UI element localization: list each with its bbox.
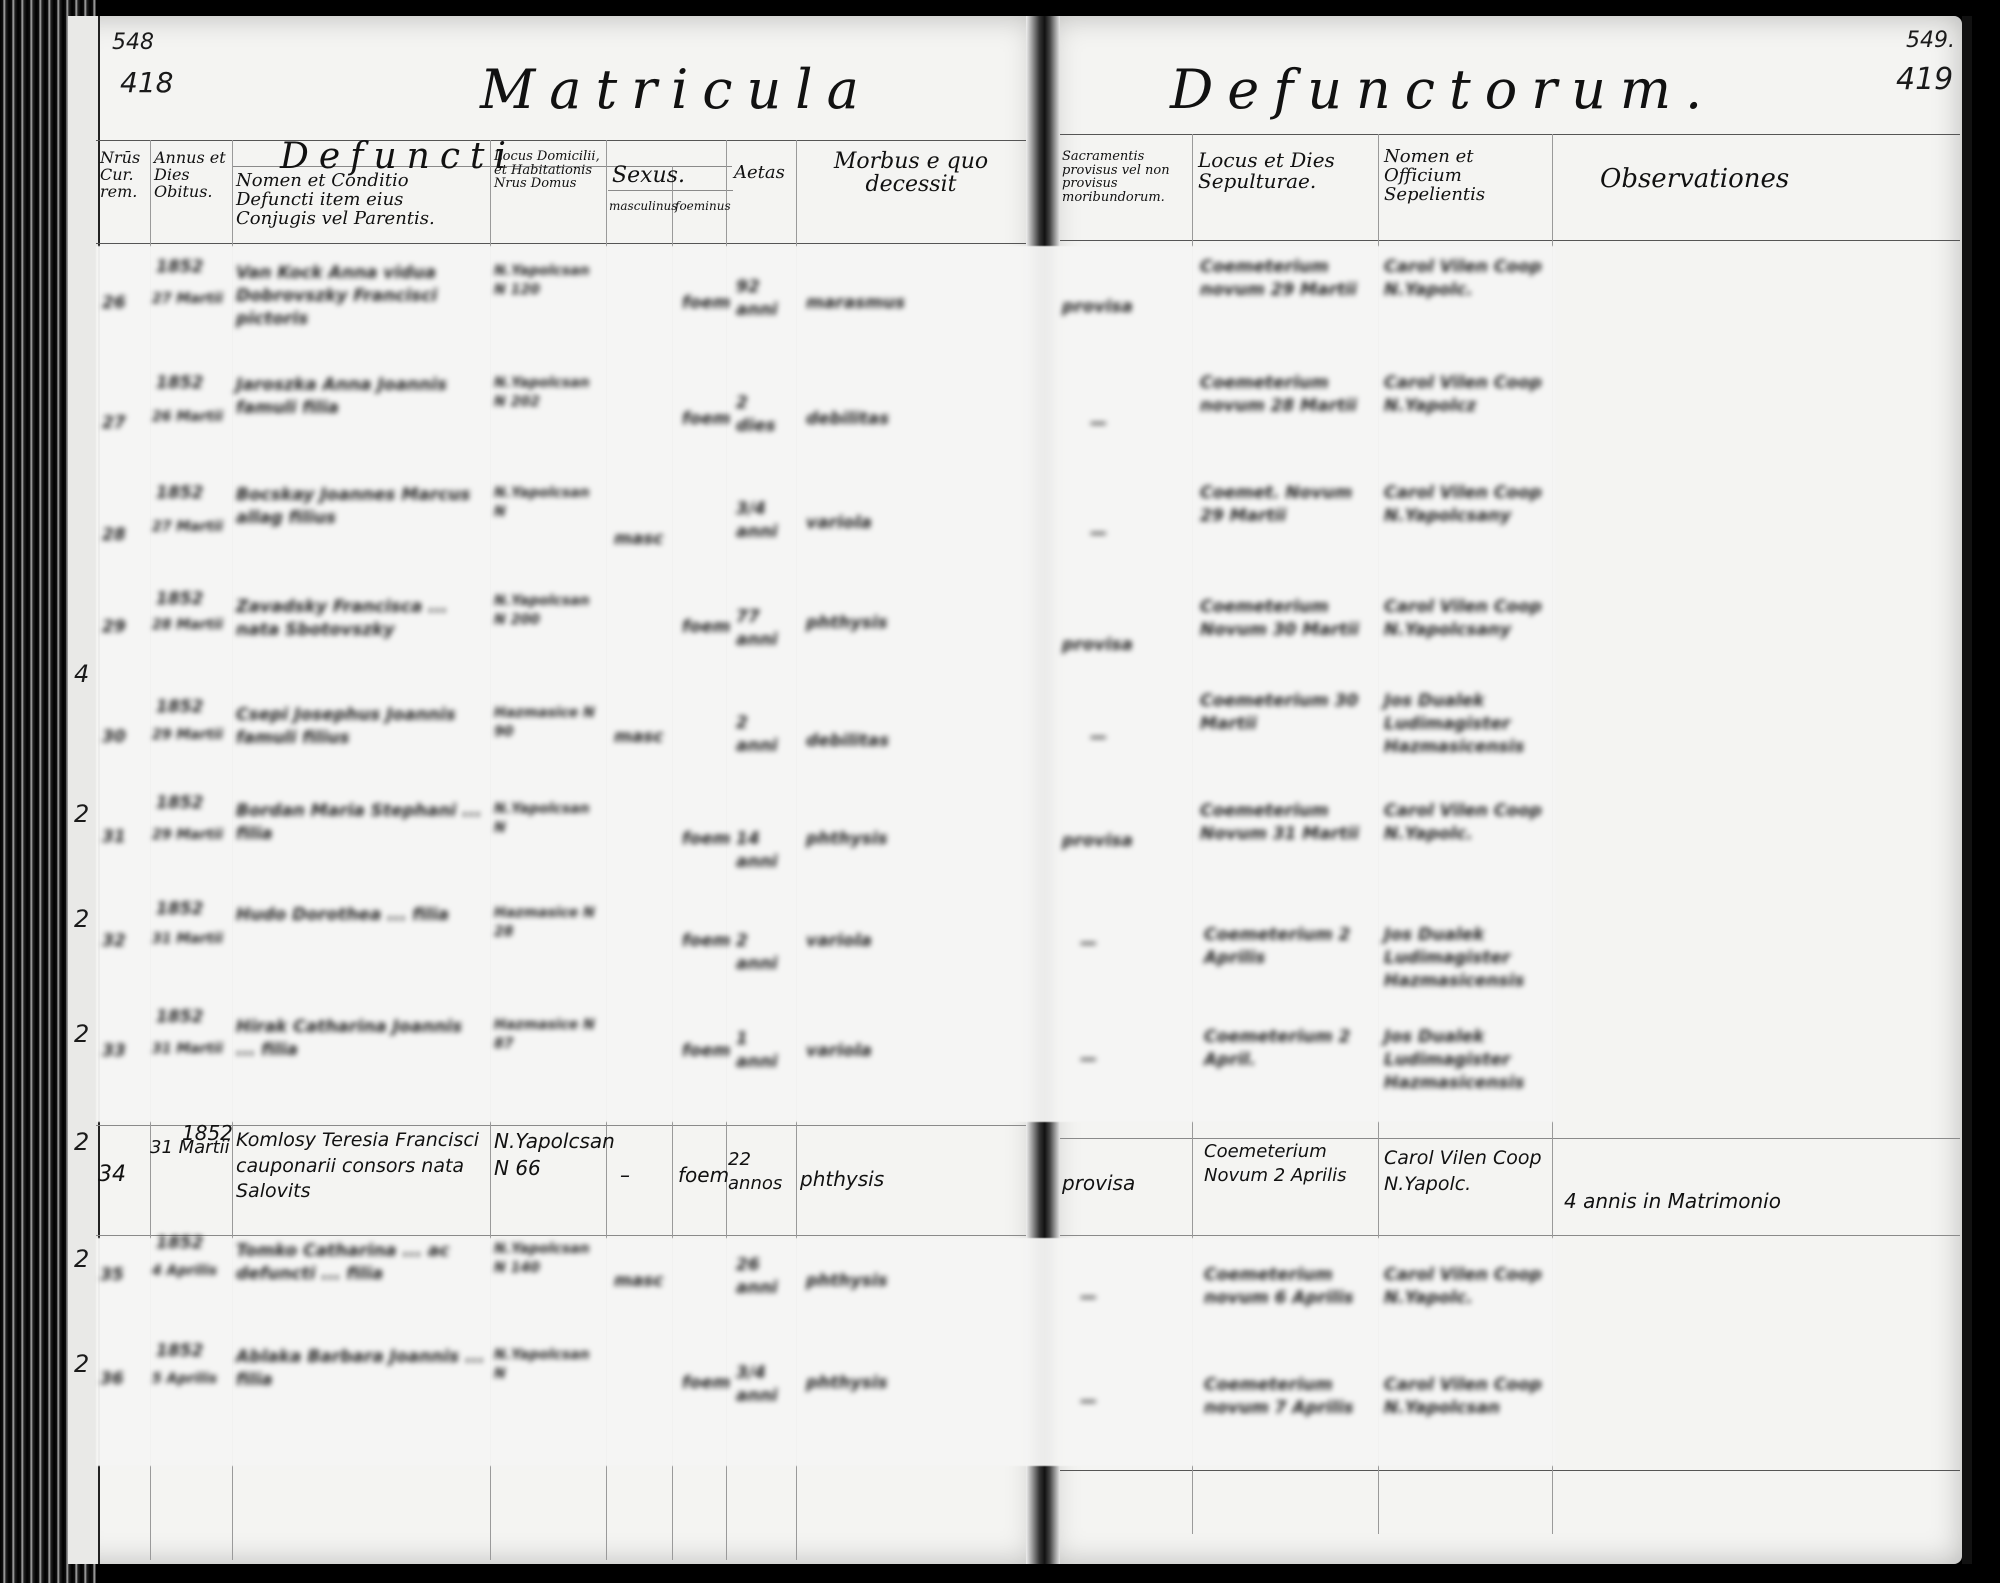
row-sacramentis: — (1080, 932, 1097, 955)
row-aetas: 14 anni (736, 828, 792, 874)
margin-mark: 2 (74, 1020, 89, 1048)
header-sexus: Sexus. (612, 164, 685, 187)
margin-mark: 2 (74, 1245, 89, 1273)
row-aetas: 26 anni (736, 1254, 792, 1300)
row-sacramentis: — (1080, 1286, 1097, 1309)
margin-mark: 2 (74, 800, 89, 828)
row-morbus: variola (806, 1040, 872, 1063)
right-folio-top: 549. (1906, 28, 1955, 53)
row-number: 36 (100, 1368, 124, 1391)
header-top-rule (96, 140, 1026, 141)
row-day: 28 Martii (152, 616, 232, 635)
header-number: Nrūs Cur. rem. (100, 150, 148, 200)
row-day: 29 Martii (152, 726, 232, 745)
row-sepeliens: Carol Vilen Coop N.Yapolc. (1384, 1146, 1550, 1197)
header-year-day: Annus et Dies Obitus. (154, 150, 230, 200)
row-sepeliens: Carol Vilen Coop N.Yapolc. (1384, 800, 1550, 846)
row-sepultura: Coemeterium 30 Martii (1200, 690, 1376, 736)
row-aetas: 1 anni (736, 1028, 792, 1074)
row-name: Zavadsky Francisca ... nata Sbotovszky (236, 596, 486, 642)
row-number: 29 (102, 616, 126, 639)
row-morbus: debilitas (806, 408, 889, 431)
row-day: 31 Martii (150, 1136, 232, 1160)
row-day: 27 Martii (152, 290, 232, 309)
row-locus: N.Yapolcsan N (494, 800, 604, 838)
row-day: 27 Martii (152, 518, 232, 537)
row-day: 4 Aprilis (152, 1262, 232, 1281)
row-aetas: 2 dies (736, 392, 792, 438)
row-name: Van Kock Anna vidua Dobrovszky Francisci… (236, 262, 486, 331)
row-sepeliens: Carol Vilen Coop N.Yapolc. (1384, 1264, 1550, 1310)
row-number: 27 (102, 412, 126, 435)
row-sacramentis: provisa (1062, 1170, 1135, 1197)
row-year: 1852 (156, 1340, 203, 1363)
row-aetas: 77 anni (736, 606, 792, 652)
row-sacramentis: — (1090, 522, 1107, 545)
row-day: 31 Martii (152, 930, 232, 949)
margin-mark: 4 (74, 660, 89, 688)
row-morbus: variola (806, 930, 872, 953)
row-rule (1060, 1235, 1960, 1236)
row-rule (96, 1235, 1026, 1236)
row-aetas: 22 annos (728, 1148, 792, 1197)
margin-mark: 2 (74, 1350, 89, 1378)
row-foem: foem (682, 292, 730, 315)
row-morbus: variola (806, 512, 872, 535)
row-name: Bordan Maria Stephani ... filia (236, 800, 486, 846)
row-name: Hirak Catharina Joannis ... filia (236, 1016, 486, 1062)
row-masc: masc (614, 1270, 663, 1293)
row-sepultura: Coemeterium Novum 31 Martii (1200, 800, 1376, 846)
left-folio-bottom: 418 (120, 66, 173, 99)
row-foem: foem (682, 616, 730, 639)
row-number: 26 (102, 292, 126, 315)
row-number: 34 (98, 1160, 126, 1190)
row-sacramentis: provisa (1062, 830, 1133, 853)
row-foem: foem (682, 828, 730, 851)
row-rule (96, 1125, 1026, 1126)
header-aetas: Aetas (734, 164, 785, 183)
right-folio-bottom: 419 (1896, 62, 1953, 97)
row-name: Hudo Dorothea ... filia (236, 904, 486, 927)
row-morbus: phthysis (806, 612, 888, 635)
row-rule (1060, 1138, 1960, 1139)
row-day: 29 Martii (152, 826, 232, 845)
row-sepultura: Coemeterium novum 29 Martii (1200, 256, 1376, 302)
row-name: Komlosy Teresia Francisci cauponarii con… (236, 1128, 488, 1205)
header-morbus: Morbus e quo decessit (806, 150, 1016, 196)
row-year: 1852 (156, 482, 203, 505)
row-locus: N.Yapolcsan N 200 (494, 592, 604, 630)
row-year: 1852 (156, 792, 203, 815)
row-sepeliens: Carol Vilen Coop N.Yapolcz (1384, 372, 1550, 418)
sexus-subrule (608, 190, 733, 191)
row-year: 1852 (156, 696, 203, 719)
row-foem: foem (678, 1162, 729, 1189)
row-name: Ablaka Barbara Joannis ... filia (236, 1346, 486, 1392)
row-sepultura: Coemeterium 2 April. (1204, 1026, 1380, 1072)
row-aetas: 2 anni (736, 930, 792, 976)
row-locus: N.Yapolcsan N (494, 1346, 604, 1384)
header-observationes: Observationes (1600, 166, 1789, 193)
header-masc: masculinus (609, 200, 671, 213)
row-year: 1852 (156, 1006, 203, 1029)
row-sepultura: Coemeterium novum 7 Aprilis (1204, 1374, 1380, 1420)
row-sepultura: Coemet. Novum 29 Martii (1200, 482, 1376, 528)
row-masc: – (620, 1162, 630, 1189)
row-year: 1852 (156, 256, 232, 279)
row-name: Csepi Josephus Joannis famuli filius (236, 704, 486, 750)
row-number: 33 (102, 1040, 126, 1063)
row-observationes: 4 annis in Matrimonio (1564, 1188, 1781, 1215)
row-sepeliens: Carol Vilen Coop N.Yapolcsany (1384, 596, 1550, 642)
row-name: Bocskay Joannes Marcus allag filius (236, 484, 486, 530)
header-sepeliens: Nomen et Officium Sepelientis (1384, 148, 1550, 205)
row-year: 1852 (156, 588, 203, 611)
row-year: 1852 (156, 898, 203, 921)
row-locus: N.Yapolcsan N (494, 484, 604, 522)
row-sacramentis: provisa (1062, 634, 1133, 657)
row-locus: N.Yapolcsan N 120 (494, 262, 604, 300)
margin-mark: 2 (74, 1128, 89, 1156)
row-sacramentis: — (1080, 1048, 1097, 1071)
header-name: Nomen et Conditio Defuncti item eius Con… (236, 172, 486, 229)
row-name: Tomko Catharina ... ac defuncti ... fili… (236, 1240, 486, 1286)
row-sepeliens: Carol Vilen Coop N.Yapolc. (1384, 256, 1550, 302)
header-foem: foeminus (675, 200, 725, 213)
row-morbus: phthysis (806, 828, 888, 851)
header-locus: Locus Domicilii, et Habitationis Nrus Do… (494, 150, 604, 191)
row-day: 5 Aprilis (152, 1370, 232, 1389)
table-bottom-rule (1060, 1470, 1960, 1471)
row-morbus: debilitas (806, 730, 889, 753)
row-morbus: marasmus (806, 292, 905, 315)
row-locus: Hazmasice N 28 (494, 904, 604, 942)
row-sacramentis: — (1090, 726, 1107, 749)
row-number: 28 (102, 524, 126, 547)
row-sepultura: Coemeterium Novum 2 Aprilis (1204, 1140, 1380, 1189)
header-sepultura: Locus et Dies Sepulturae. (1198, 150, 1374, 192)
row-sacramentis: provisa (1062, 296, 1133, 319)
row-sepultura: Coemeterium novum 28 Martii (1200, 372, 1376, 418)
row-aetas: 3/4 anni (736, 1362, 792, 1408)
row-name: Jaroszka Anna Joannis famuli filia (236, 374, 486, 420)
row-sepeliens: Jos Dualek Ludimagister Hazmasicensis (1384, 1026, 1550, 1095)
row-number: 31 (102, 826, 126, 849)
margin-mark: 2 (74, 905, 89, 933)
row-year: 1852 (156, 372, 203, 395)
row-foem: foem (682, 1040, 730, 1063)
right-page-edge (1962, 16, 1972, 1564)
left-folio-top: 548 (112, 30, 154, 55)
row-sepeliens: Jos Dualek Ludimagister Hazmasicensis (1384, 924, 1550, 993)
row-aetas: 3/4 anni (736, 498, 792, 544)
row-sacramentis: — (1090, 412, 1107, 435)
row-locus: N.Yapolcsan N 140 (494, 1240, 604, 1278)
row-foem: foem (682, 930, 730, 953)
row-aetas: 2 anni (736, 712, 792, 758)
row-locus: N.Yapolcsan N 202 (494, 374, 604, 412)
left-page-title: Matricula (480, 58, 873, 121)
row-masc: masc (614, 726, 663, 749)
row-sepeliens: Jos Dualek Ludimagister Hazmasicensis (1384, 690, 1550, 759)
header-sacramentis: Sacramentis provisus vel non provisus mo… (1062, 150, 1190, 205)
row-number: 32 (102, 930, 126, 953)
row-locus: N.Yapolcsan N 66 (494, 1128, 604, 1182)
row-aetas: 92 anni (736, 276, 792, 322)
row-day: 31 Martii (152, 1040, 232, 1059)
row-day: 26 Martii (152, 408, 232, 427)
header-top-rule-right (1060, 134, 1960, 135)
row-foem: foem (682, 1372, 730, 1395)
row-locus: Hazmasice N 90 (494, 704, 604, 742)
row-year: 1852 (156, 1232, 203, 1255)
row-masc: masc (614, 528, 663, 551)
row-sacramentis: — (1080, 1390, 1097, 1413)
row-number: 30 (102, 726, 126, 749)
row-morbus: phthysis (800, 1166, 884, 1193)
row-sepeliens: Carol Vilen Coop N.Yapolcsany (1384, 482, 1550, 528)
header-bottom-rule (96, 243, 1026, 244)
row-morbus: phthysis (806, 1270, 888, 1293)
right-page-title: Defunctorum. (1170, 58, 1716, 121)
row-sepeliens: Carol Vilen Coop N.Yapolcsan (1384, 1374, 1550, 1420)
row-number: 35 (100, 1264, 124, 1287)
row-sepultura: Coemeterium novum 6 Aprilis (1204, 1264, 1380, 1310)
row-foem: foem (682, 408, 730, 431)
row-locus: Hazmasice N 87 (494, 1016, 604, 1054)
row-sepultura: Coemeterium Novum 30 Martii (1200, 596, 1376, 642)
header-bottom-rule-right (1060, 240, 1960, 241)
row-sepultura: Coemeterium 2 Aprilis (1204, 924, 1380, 970)
row-morbus: phthysis (806, 1372, 888, 1395)
